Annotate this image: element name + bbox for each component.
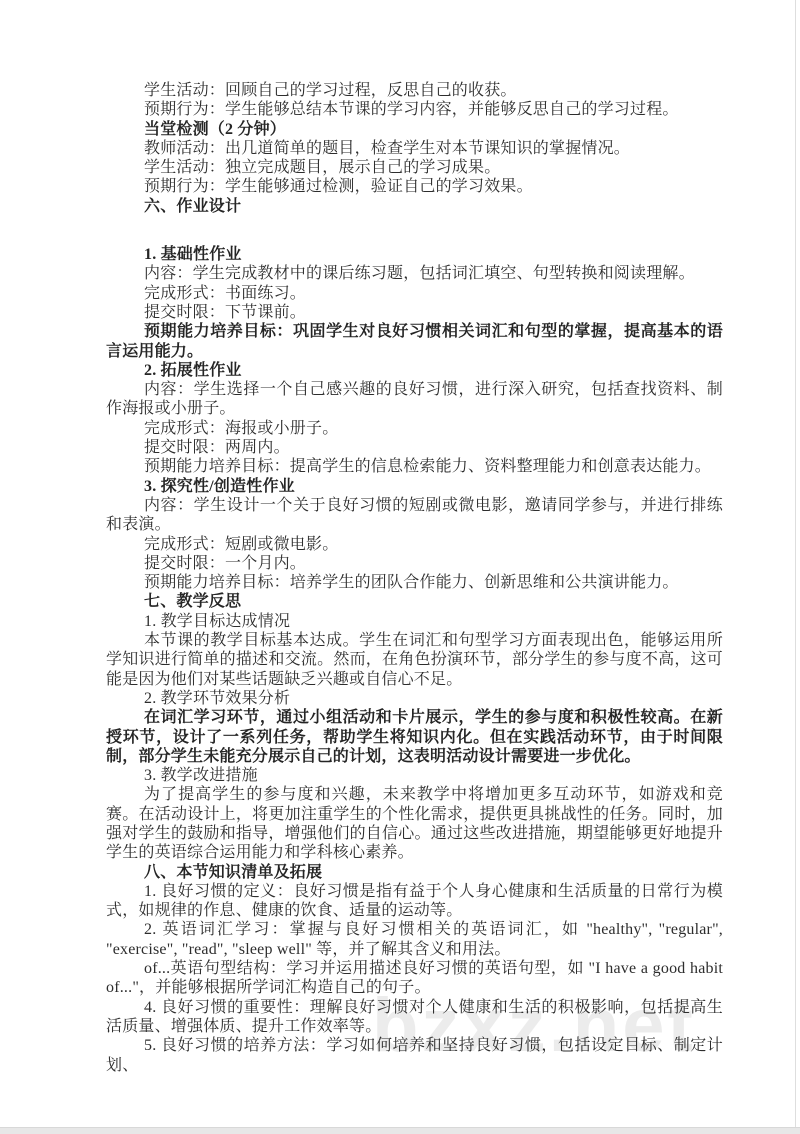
- paragraph: 1. 教学目标达成情况: [106, 612, 723, 631]
- paragraph: 2. 教学环节效果分析: [106, 689, 723, 708]
- paragraph: of...英语句型结构：学习并运用描述良好习惯的英语句型，如 "I have a…: [106, 959, 723, 998]
- paragraph: 预期能力培养目标：提高学生的信息检索能力、资料整理能力和创意表达能力。: [106, 457, 723, 476]
- paragraph: 内容：学生设计一个关于良好习惯的短剧或微电影，邀请同学参与，并进行排练和表演。: [106, 496, 723, 535]
- paragraph: 预期行为：学生能够通过检测，验证自己的学习效果。: [106, 177, 723, 196]
- paragraph: 2. 英语词汇学习：掌握与良好习惯相关的英语词汇，如 "healthy", "r…: [106, 920, 723, 959]
- paragraph: 4. 良好习惯的重要性：理解良好习惯对个人健康和生活的积极影响，包括提高生活质量…: [106, 998, 723, 1037]
- paragraph: 教师活动：出几道简单的题目，检查学生对本节课知识的掌握情况。: [106, 139, 723, 158]
- page-right-edge-divider: [795, 0, 796, 1127]
- paragraph: 提交时限：下节课前。: [106, 303, 723, 322]
- paragraph: 预期能力培养目标：培养学生的团队合作能力、创新思维和公共演讲能力。: [106, 573, 723, 592]
- paragraph: 5. 良好习惯的培养方法：学习如何培养和坚持良好习惯，包括设定目标、制定计划、: [106, 1036, 723, 1075]
- paragraph: 完成形式：书面练习。: [106, 284, 723, 303]
- paragraph: 1. 良好习惯的定义：良好习惯是指有益于个人身心健康和生活质量的日常行为模式，如…: [106, 882, 723, 921]
- document-body: 学生活动：回顾自己的学习过程，反思自己的收获。预期行为：学生能够总结本节课的学习…: [106, 81, 723, 1075]
- paragraph: 当堂检测（2 分钟）: [106, 120, 723, 139]
- paragraph: 本节课的教学目标基本达成。学生在词汇和句型学习方面表现出色，能够运用所学知识进行…: [106, 631, 723, 689]
- paragraph: 在词汇学习环节，通过小组活动和卡片展示，学生的参与度和积极性较高。在新授环节，设…: [106, 708, 723, 766]
- page-bottom-strip: [0, 1127, 800, 1134]
- paragraph: 六、作业设计: [106, 197, 723, 216]
- paragraph: 2. 拓展性作业: [106, 361, 723, 380]
- paragraph: 八、本节知识清单及拓展: [106, 863, 723, 882]
- paragraph: 提交时限：一个月内。: [106, 554, 723, 573]
- paragraph: 内容：学生选择一个自己感兴趣的良好习惯，进行深入研究，包括查找资料、制作海报或小…: [106, 380, 723, 419]
- paragraph: 1. 基础性作业: [106, 245, 723, 264]
- document-page: bzxz.net 学生活动：回顾自己的学习过程，反思自己的收获。预期行为：学生能…: [0, 0, 800, 1134]
- paragraph: 提交时限：两周内。: [106, 438, 723, 457]
- paragraph: 3. 教学改进措施: [106, 766, 723, 785]
- paragraph: 为了提高学生的参与度和兴趣，未来教学中将增加更多互动环节，如游戏和竞赛。在活动设…: [106, 785, 723, 862]
- paragraph: 七、教学反思: [106, 592, 723, 611]
- paragraph: 完成形式：海报或小册子。: [106, 419, 723, 438]
- paragraph: 学生活动：回顾自己的学习过程，反思自己的收获。: [106, 81, 723, 100]
- paragraph: 完成形式：短剧或微电影。: [106, 535, 723, 554]
- paragraph: 预期行为：学生能够总结本节课的学习内容，并能够反思自己的学习过程。: [106, 100, 723, 119]
- paragraph: 学生活动：独立完成题目，展示自己的学习成果。: [106, 158, 723, 177]
- paragraph: 内容：学生完成教材中的课后练习题，包括词汇填空、句型转换和阅读理解。: [106, 264, 723, 283]
- paragraph: 预期能力培养目标：巩固学生对良好习惯相关词汇和句型的掌握，提高基本的语言运用能力…: [106, 322, 723, 361]
- paragraph: 3. 探究性/创造性作业: [106, 477, 723, 496]
